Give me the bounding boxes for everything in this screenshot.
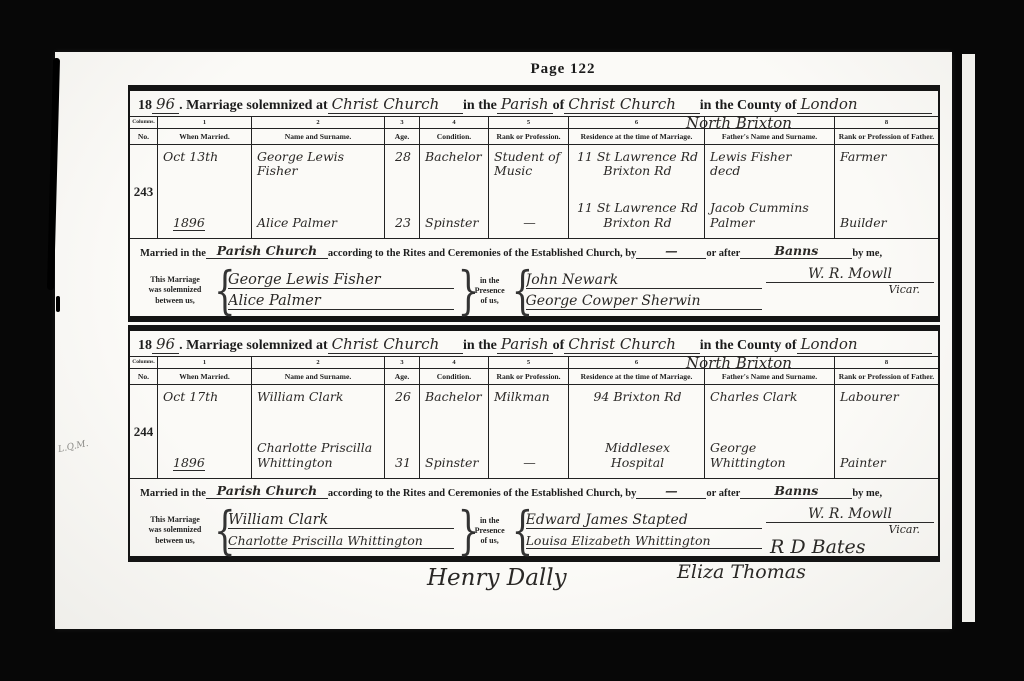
- married-in-line: Married in the Parish Church according t…: [130, 479, 938, 502]
- officiant-signature: W. R. Mowll: [766, 266, 934, 283]
- year-handwritten: 96: [152, 95, 179, 114]
- county-handwritten: London: [797, 95, 932, 114]
- open-brace: {: [214, 491, 224, 571]
- groom-father-profession: Labourer: [840, 390, 935, 404]
- bride-date: 1896: [163, 216, 248, 230]
- col-header: Rank or Profession of Father.: [835, 369, 938, 384]
- col-number: 2: [252, 357, 385, 368]
- signature-block: This Marriage was solemnized between us,…: [130, 502, 938, 559]
- in-the-text: in the: [463, 338, 497, 354]
- father-profession-cell: Farmer Builder: [835, 145, 938, 238]
- microfilm-scan: Page 122 L.Q.M. 1896 . Marriage solemniz…: [0, 0, 1024, 681]
- married-after-handwritten: Banns: [740, 483, 852, 499]
- open-brace: {: [512, 251, 522, 331]
- column-number-row: Columns. 1 2 3 4 5 6 7 8: [130, 357, 938, 369]
- condition-cell: Bachelor Spinster: [420, 145, 489, 238]
- bride-age: 23: [390, 216, 416, 230]
- condition-cell: Bachelor Spinster: [420, 385, 489, 478]
- in-the-text: in the: [463, 98, 497, 114]
- county-handwritten: London: [797, 335, 932, 354]
- bride-condition: Spinster: [425, 216, 485, 230]
- column-number-row: Columns. 1 2 3 4 5 6 7 8: [130, 117, 938, 129]
- entry-number: 244: [130, 385, 158, 478]
- officiant-title: Vicar.: [766, 523, 934, 536]
- entry-number: 243: [130, 145, 158, 238]
- residence-cell: 11 St Lawrence Rd Brixton Rd 11 St Lawre…: [569, 145, 705, 238]
- father-name-cell: Lewis Fisher decd Jacob Cummins Palmer: [705, 145, 835, 238]
- parish-word-handwritten: Parish: [497, 95, 553, 114]
- or-after-text: or after: [706, 248, 740, 259]
- bride-profession: —: [494, 216, 565, 230]
- by-me-text: by me,: [852, 248, 882, 259]
- solemnized-label: This Marriage was solemnized between us,: [136, 264, 214, 317]
- col-number: 5: [489, 117, 569, 128]
- married-in-line: Married in the Parish Church according t…: [130, 239, 938, 262]
- title-solemnized-text: . Marriage solemnized at: [179, 338, 328, 354]
- col-header: Age.: [385, 369, 420, 384]
- column-header-row: No. When Married. Name and Surname. Age.…: [130, 129, 938, 145]
- col-number: 4: [420, 117, 489, 128]
- col-header: When Married.: [158, 129, 252, 144]
- col-header: Condition.: [420, 129, 489, 144]
- bride-father: Jacob Cummins Palmer: [710, 201, 831, 230]
- parish-name-2-handwritten: North Brixton: [682, 114, 796, 132]
- groom-name: George Lewis Fisher: [257, 150, 381, 179]
- open-brace: {: [214, 251, 224, 331]
- father-name-cell: Charles Clark George Whittington: [705, 385, 835, 478]
- entry-data-rows: 244 Oct 17th 1896 William Clark Charlott…: [130, 385, 938, 479]
- parish-name-handwritten: Christ Church: [564, 335, 699, 354]
- age-cell: 28 23: [385, 145, 420, 238]
- margin-pencil-note: L.Q.M.: [57, 439, 89, 455]
- according-text: according to the Rites and Ceremonies of…: [328, 488, 637, 499]
- bottom-signature-eliza-thomas: Eliza Thomas: [677, 561, 806, 583]
- bride-father: George Whittington: [710, 441, 831, 470]
- groom-date: Oct 13th: [163, 150, 248, 164]
- when-married-cell: Oct 13th 1896: [158, 145, 252, 238]
- groom-condition: Bachelor: [425, 150, 485, 164]
- name-cell: William Clark Charlotte Priscilla Whitti…: [252, 385, 385, 478]
- register-page: Page 122 L.Q.M. 1896 . Marriage solemniz…: [55, 52, 952, 629]
- groom-condition: Bachelor: [425, 390, 485, 404]
- married-place-handwritten: Parish Church: [206, 483, 328, 499]
- bride-name: Charlotte Priscilla Whittington: [257, 441, 381, 470]
- entry-title-line: 1896 . Marriage solemnized at Christ Chu…: [130, 331, 938, 357]
- close-brace: }: [458, 251, 468, 331]
- witness-signature-1: John Newark: [526, 272, 762, 289]
- groom-signature: William Clark: [228, 512, 454, 529]
- col-number: 3: [385, 117, 420, 128]
- church-name-handwritten: Christ Church: [328, 95, 463, 114]
- witness-signatures: John Newark George Cowper Sherwin: [522, 264, 766, 317]
- couple-signatures: George Lewis Fisher Alice Palmer: [224, 264, 458, 317]
- columns-label: Columns.: [130, 117, 158, 128]
- married-by-handwritten: —: [636, 243, 706, 259]
- close-brace: }: [458, 491, 468, 571]
- groom-name: William Clark: [257, 390, 381, 404]
- entry-title-line: 1896 . Marriage solemnized at Christ Chu…: [130, 91, 938, 117]
- columns-label: Columns.: [130, 357, 158, 368]
- witness-signature-2: George Cowper Sherwin: [526, 293, 762, 310]
- groom-father: Lewis Fisher decd: [710, 150, 831, 179]
- year-printed: 18: [138, 98, 152, 114]
- by-me-text: by me,: [852, 488, 882, 499]
- col-number: 8: [835, 117, 938, 128]
- groom-signature: George Lewis Fisher: [228, 272, 454, 289]
- bride-condition: Spinster: [425, 456, 485, 470]
- page-number: Page 122: [493, 61, 633, 78]
- witness-signatures: Edward James Stapted Louisa Elizabeth Wh…: [522, 504, 766, 557]
- parish-name-handwritten: Christ Church: [564, 95, 699, 114]
- bride-profession: —: [494, 456, 565, 470]
- witness-signature-1: Edward James Stapted: [526, 512, 762, 529]
- father-profession-cell: Labourer Painter: [835, 385, 938, 478]
- groom-father-profession: Farmer: [840, 150, 935, 164]
- adjacent-page-edge: [962, 54, 975, 622]
- officiant-column: W. R. Mowll Vicar. R D Bates: [766, 504, 934, 557]
- bride-age: 31: [390, 456, 416, 470]
- col-header: Rank or Profession of Father.: [835, 129, 938, 144]
- of-text: of: [553, 98, 565, 114]
- witness-signature-2: Louisa Elizabeth Whittington: [526, 533, 762, 549]
- column-header-row: No. When Married. Name and Surname. Age.…: [130, 369, 938, 385]
- bride-father-profession: Builder: [840, 216, 935, 230]
- married-by-handwritten: —: [636, 483, 706, 499]
- groom-age: 28: [390, 150, 416, 164]
- col-header-no: No.: [130, 369, 158, 384]
- col-number: 4: [420, 357, 489, 368]
- groom-residence: 94 Brixton Rd: [574, 390, 701, 404]
- col-number: 5: [489, 357, 569, 368]
- of-text: of: [553, 338, 565, 354]
- col-number: 1: [158, 117, 252, 128]
- groom-profession: Milkman: [494, 390, 565, 404]
- entry-data-rows: 243 Oct 13th 1896 George Lewis Fisher Al…: [130, 145, 938, 239]
- officiant-title: Vicar.: [766, 283, 934, 296]
- officiant-column: W. R. Mowll Vicar.: [766, 264, 934, 317]
- register-entry-243: 1896 . Marriage solemnized at Christ Chu…: [128, 85, 940, 322]
- col-header: Name and Surname.: [252, 129, 385, 144]
- col-number: 2: [252, 117, 385, 128]
- church-name-handwritten: Christ Church: [328, 335, 463, 354]
- bride-father-profession: Painter: [840, 456, 935, 470]
- when-married-cell: Oct 17th 1896: [158, 385, 252, 478]
- title-solemnized-text: . Marriage solemnized at: [179, 98, 328, 114]
- open-brace: {: [512, 491, 522, 571]
- groom-date: Oct 17th: [163, 390, 248, 404]
- or-after-text: or after: [706, 488, 740, 499]
- married-after-handwritten: Banns: [740, 243, 852, 259]
- register-entry-244: 1896 . Marriage solemnized at Christ Chu…: [128, 325, 940, 562]
- bottom-signature-henry-dally: Henry Dally: [427, 565, 567, 591]
- name-cell: George Lewis Fisher Alice Palmer: [252, 145, 385, 238]
- bride-residence: Middlesex Hospital: [574, 441, 701, 470]
- col-header: Rank or Profession.: [489, 369, 569, 384]
- age-cell: 26 31: [385, 385, 420, 478]
- col-header: Age.: [385, 129, 420, 144]
- county-of-text: in the County of: [700, 338, 797, 354]
- married-in-text: Married in the: [140, 488, 206, 499]
- according-text: according to the Rites and Ceremonies of…: [328, 248, 637, 259]
- groom-profession: Student of Music: [494, 150, 565, 179]
- officiant-extra-signature: R D Bates: [766, 536, 934, 558]
- col-header: When Married.: [158, 369, 252, 384]
- married-in-text: Married in the: [140, 248, 206, 259]
- col-header: Name and Surname.: [252, 369, 385, 384]
- married-place-handwritten: Parish Church: [206, 243, 328, 259]
- groom-father: Charles Clark: [710, 390, 831, 404]
- film-edge-smudge: [56, 296, 60, 312]
- bride-name: Alice Palmer: [257, 216, 381, 230]
- groom-residence: 11 St Lawrence Rd Brixton Rd: [574, 150, 701, 179]
- col-header-no: No.: [130, 129, 158, 144]
- col-header: Rank or Profession.: [489, 129, 569, 144]
- bride-signature: Alice Palmer: [228, 293, 454, 310]
- bride-signature: Charlotte Priscilla Whittington: [228, 533, 454, 549]
- bride-residence: 11 St Lawrence Rd Brixton Rd: [574, 201, 701, 230]
- groom-age: 26: [390, 390, 416, 404]
- officiant-signature: W. R. Mowll: [766, 506, 934, 523]
- col-header: Condition.: [420, 369, 489, 384]
- year-printed: 18: [138, 338, 152, 354]
- couple-signatures: William Clark Charlotte Priscilla Whitti…: [224, 504, 458, 557]
- year-handwritten: 96: [152, 335, 179, 354]
- bride-date: 1896: [163, 456, 248, 470]
- county-of-text: in the County of: [700, 98, 797, 114]
- parish-name-2-handwritten: North Brixton: [682, 354, 796, 372]
- col-number: 3: [385, 357, 420, 368]
- solemnized-label: This Marriage was solemnized between us,: [136, 504, 214, 557]
- col-number: 8: [835, 357, 938, 368]
- profession-cell: Student of Music —: [489, 145, 569, 238]
- signature-block: This Marriage was solemnized between us,…: [130, 262, 938, 319]
- col-number: 1: [158, 357, 252, 368]
- residence-cell: 94 Brixton Rd Middlesex Hospital: [569, 385, 705, 478]
- profession-cell: Milkman —: [489, 385, 569, 478]
- parish-word-handwritten: Parish: [497, 335, 553, 354]
